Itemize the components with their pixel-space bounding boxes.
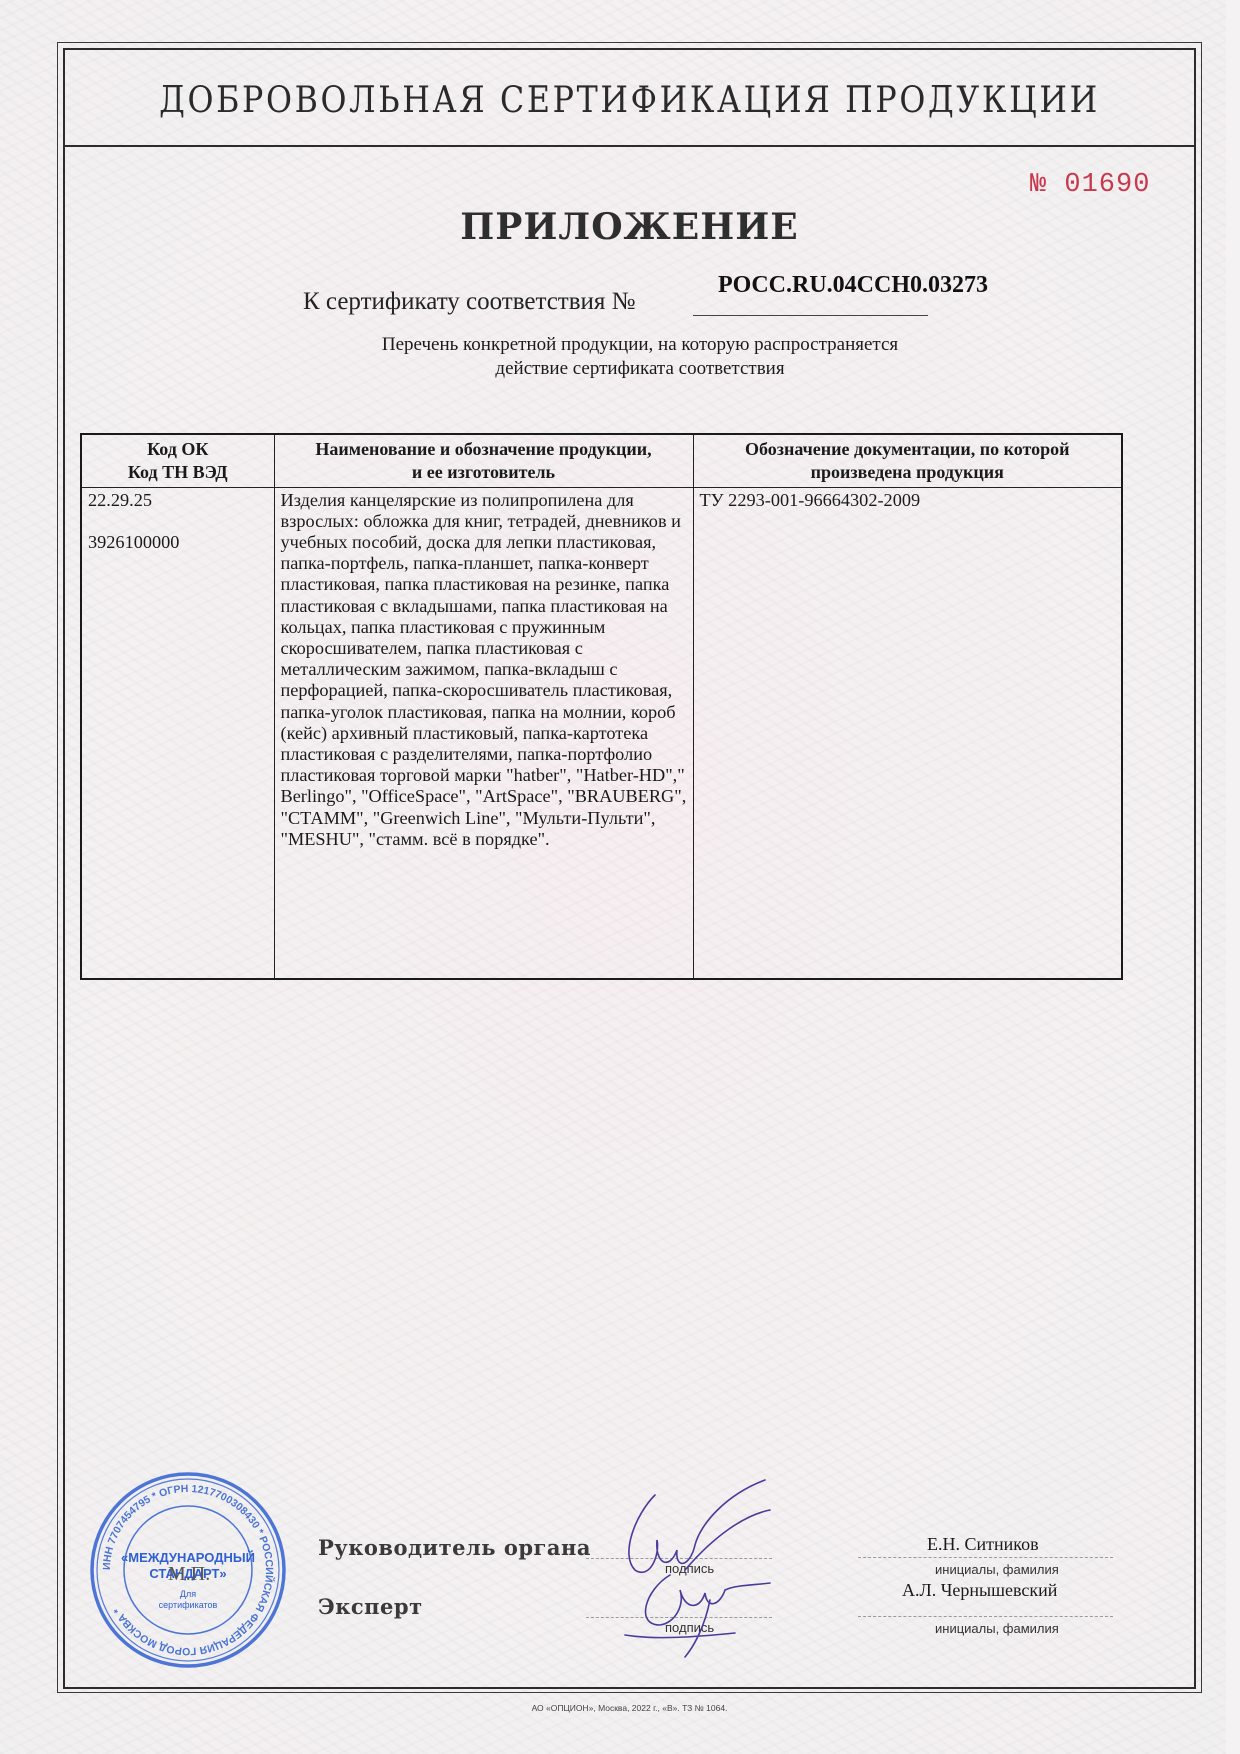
header-documentation: Обозначение документации, по которой про… — [693, 434, 1122, 487]
header-divider — [63, 145, 1196, 147]
subtitle: Перечень конкретной продукции, на котору… — [330, 333, 950, 381]
head-role-label: Руководитель органа — [318, 1535, 591, 1560]
certificate-ref-value: POCC.RU.04CCH0.03273 — [718, 272, 988, 299]
expert-name-caption: инициалы, фамилия — [935, 1621, 1059, 1636]
appendix-title: ПРИЛОЖЕНИЕ — [63, 206, 1196, 248]
header-documentation-line-2: произведена продукция — [700, 461, 1116, 484]
stamp-center-line-4: сертификатов — [159, 1600, 218, 1610]
certificate-ref-label: К сертификату соответствия № — [303, 288, 636, 316]
stamp-center-line-3: Для — [180, 1589, 196, 1599]
header-codes: Код ОК Код ТН ВЭД — [81, 434, 274, 487]
subtitle-line-1: Перечень конкретной продукции, на котору… — [330, 333, 950, 357]
head-name-caption: инициалы, фамилия — [935, 1562, 1059, 1577]
head-name-line — [858, 1557, 1113, 1558]
certificate-ref-underline — [693, 315, 928, 316]
expert-name-line — [858, 1616, 1113, 1617]
expert-role-label: Эксперт — [318, 1594, 423, 1619]
printer-note: АО «ОПЦИОН», Москва, 2022 г., «В». ТЗ № … — [63, 1703, 1196, 1713]
header-product: Наименование и обозначение продукции, и … — [274, 434, 693, 487]
code-ok: 22.29.25 — [88, 490, 268, 511]
products-table: Код ОК Код ТН ВЭД Наименование и обознач… — [80, 433, 1123, 980]
table-header-row: Код ОК Код ТН ВЭД Наименование и обознач… — [81, 434, 1122, 487]
header-codes-line-1: Код ОК — [88, 438, 268, 461]
cell-codes: 22.29.25 3926100000 — [81, 487, 274, 979]
cell-documentation: ТУ 2293-001-96664302-2009 — [693, 487, 1122, 979]
subtitle-line-2: действие сертификата соответствия — [330, 357, 950, 381]
table-row: 22.29.25 3926100000 Изделия канцелярские… — [81, 487, 1122, 979]
header-product-line-1: Наименование и обозначение продукции, — [281, 438, 687, 461]
seal-label: М.П. — [168, 1563, 210, 1586]
main-heading: ДОБРОВОЛЬНАЯ СЕРТИФИКАЦИЯ ПРОДУКЦИИ — [131, 80, 1128, 121]
form-number: № 01690 — [1030, 170, 1150, 200]
expert-name: А.Л. Чернышевский — [902, 1580, 1057, 1601]
header-product-line-2: и ее изготовитель — [281, 461, 687, 484]
header-codes-line-2: Код ТН ВЭД — [88, 461, 268, 484]
cell-product: Изделия канцелярские из полипропилена дл… — [274, 487, 693, 979]
head-name: Е.Н. Ситников — [927, 1534, 1039, 1555]
code-tnved: 3926100000 — [88, 532, 268, 553]
header-documentation-line-1: Обозначение документации, по которой — [700, 438, 1116, 461]
spacer — [88, 511, 268, 532]
handwritten-signatures — [615, 1475, 775, 1660]
